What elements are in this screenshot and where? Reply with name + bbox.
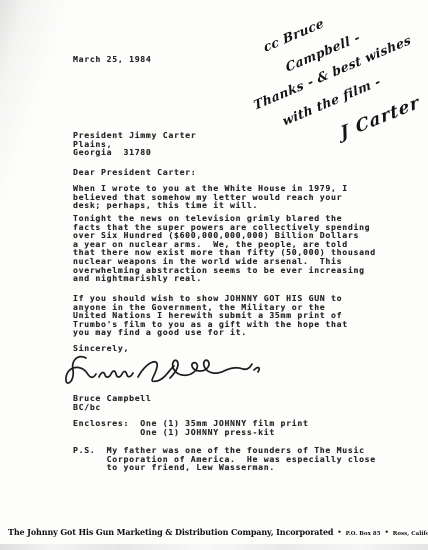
scan-corner-shadow xyxy=(0,0,78,290)
body-paragraph-1: When I wrote to you at the White House i… xyxy=(73,184,348,210)
scanned-letter-page: March 25, 1984 cc Bruce Campbell - Thank… xyxy=(0,0,428,550)
sender-name-block: Bruce Campbell BC/bc xyxy=(73,394,152,411)
bruce-campbell-signature xyxy=(62,352,262,398)
recipient-address: President Jimmy Carter Plains, Georgia 3… xyxy=(73,131,196,157)
enclosures-block: Enclosres: One (1) 35mm JOHNNY film prin… xyxy=(73,419,309,436)
letterhead-footer: The Johnny Got His Gun Marketing & Distr… xyxy=(8,527,424,537)
footer-bullet-1: • xyxy=(337,528,341,536)
footer-city: Ross, California 94957 xyxy=(393,531,428,537)
salutation: Dear President Carter: xyxy=(73,168,196,177)
body-paragraph-3: If you should wish to show JOHNNY GOT HI… xyxy=(73,294,348,337)
footer-po-box: P.O. Box 85 xyxy=(346,531,381,537)
letter-date: March 25, 1984 xyxy=(73,55,152,64)
body-paragraph-2: Tonight the news on television grimly bl… xyxy=(73,214,376,283)
footer-bullet-2: • xyxy=(385,528,389,536)
scan-bottom-edge-artifact xyxy=(0,544,428,550)
postscript-block: P.S. My father was one of the founders o… xyxy=(73,446,376,472)
footer-company-name: The Johnny Got His Gun Marketing & Distr… xyxy=(8,527,333,537)
